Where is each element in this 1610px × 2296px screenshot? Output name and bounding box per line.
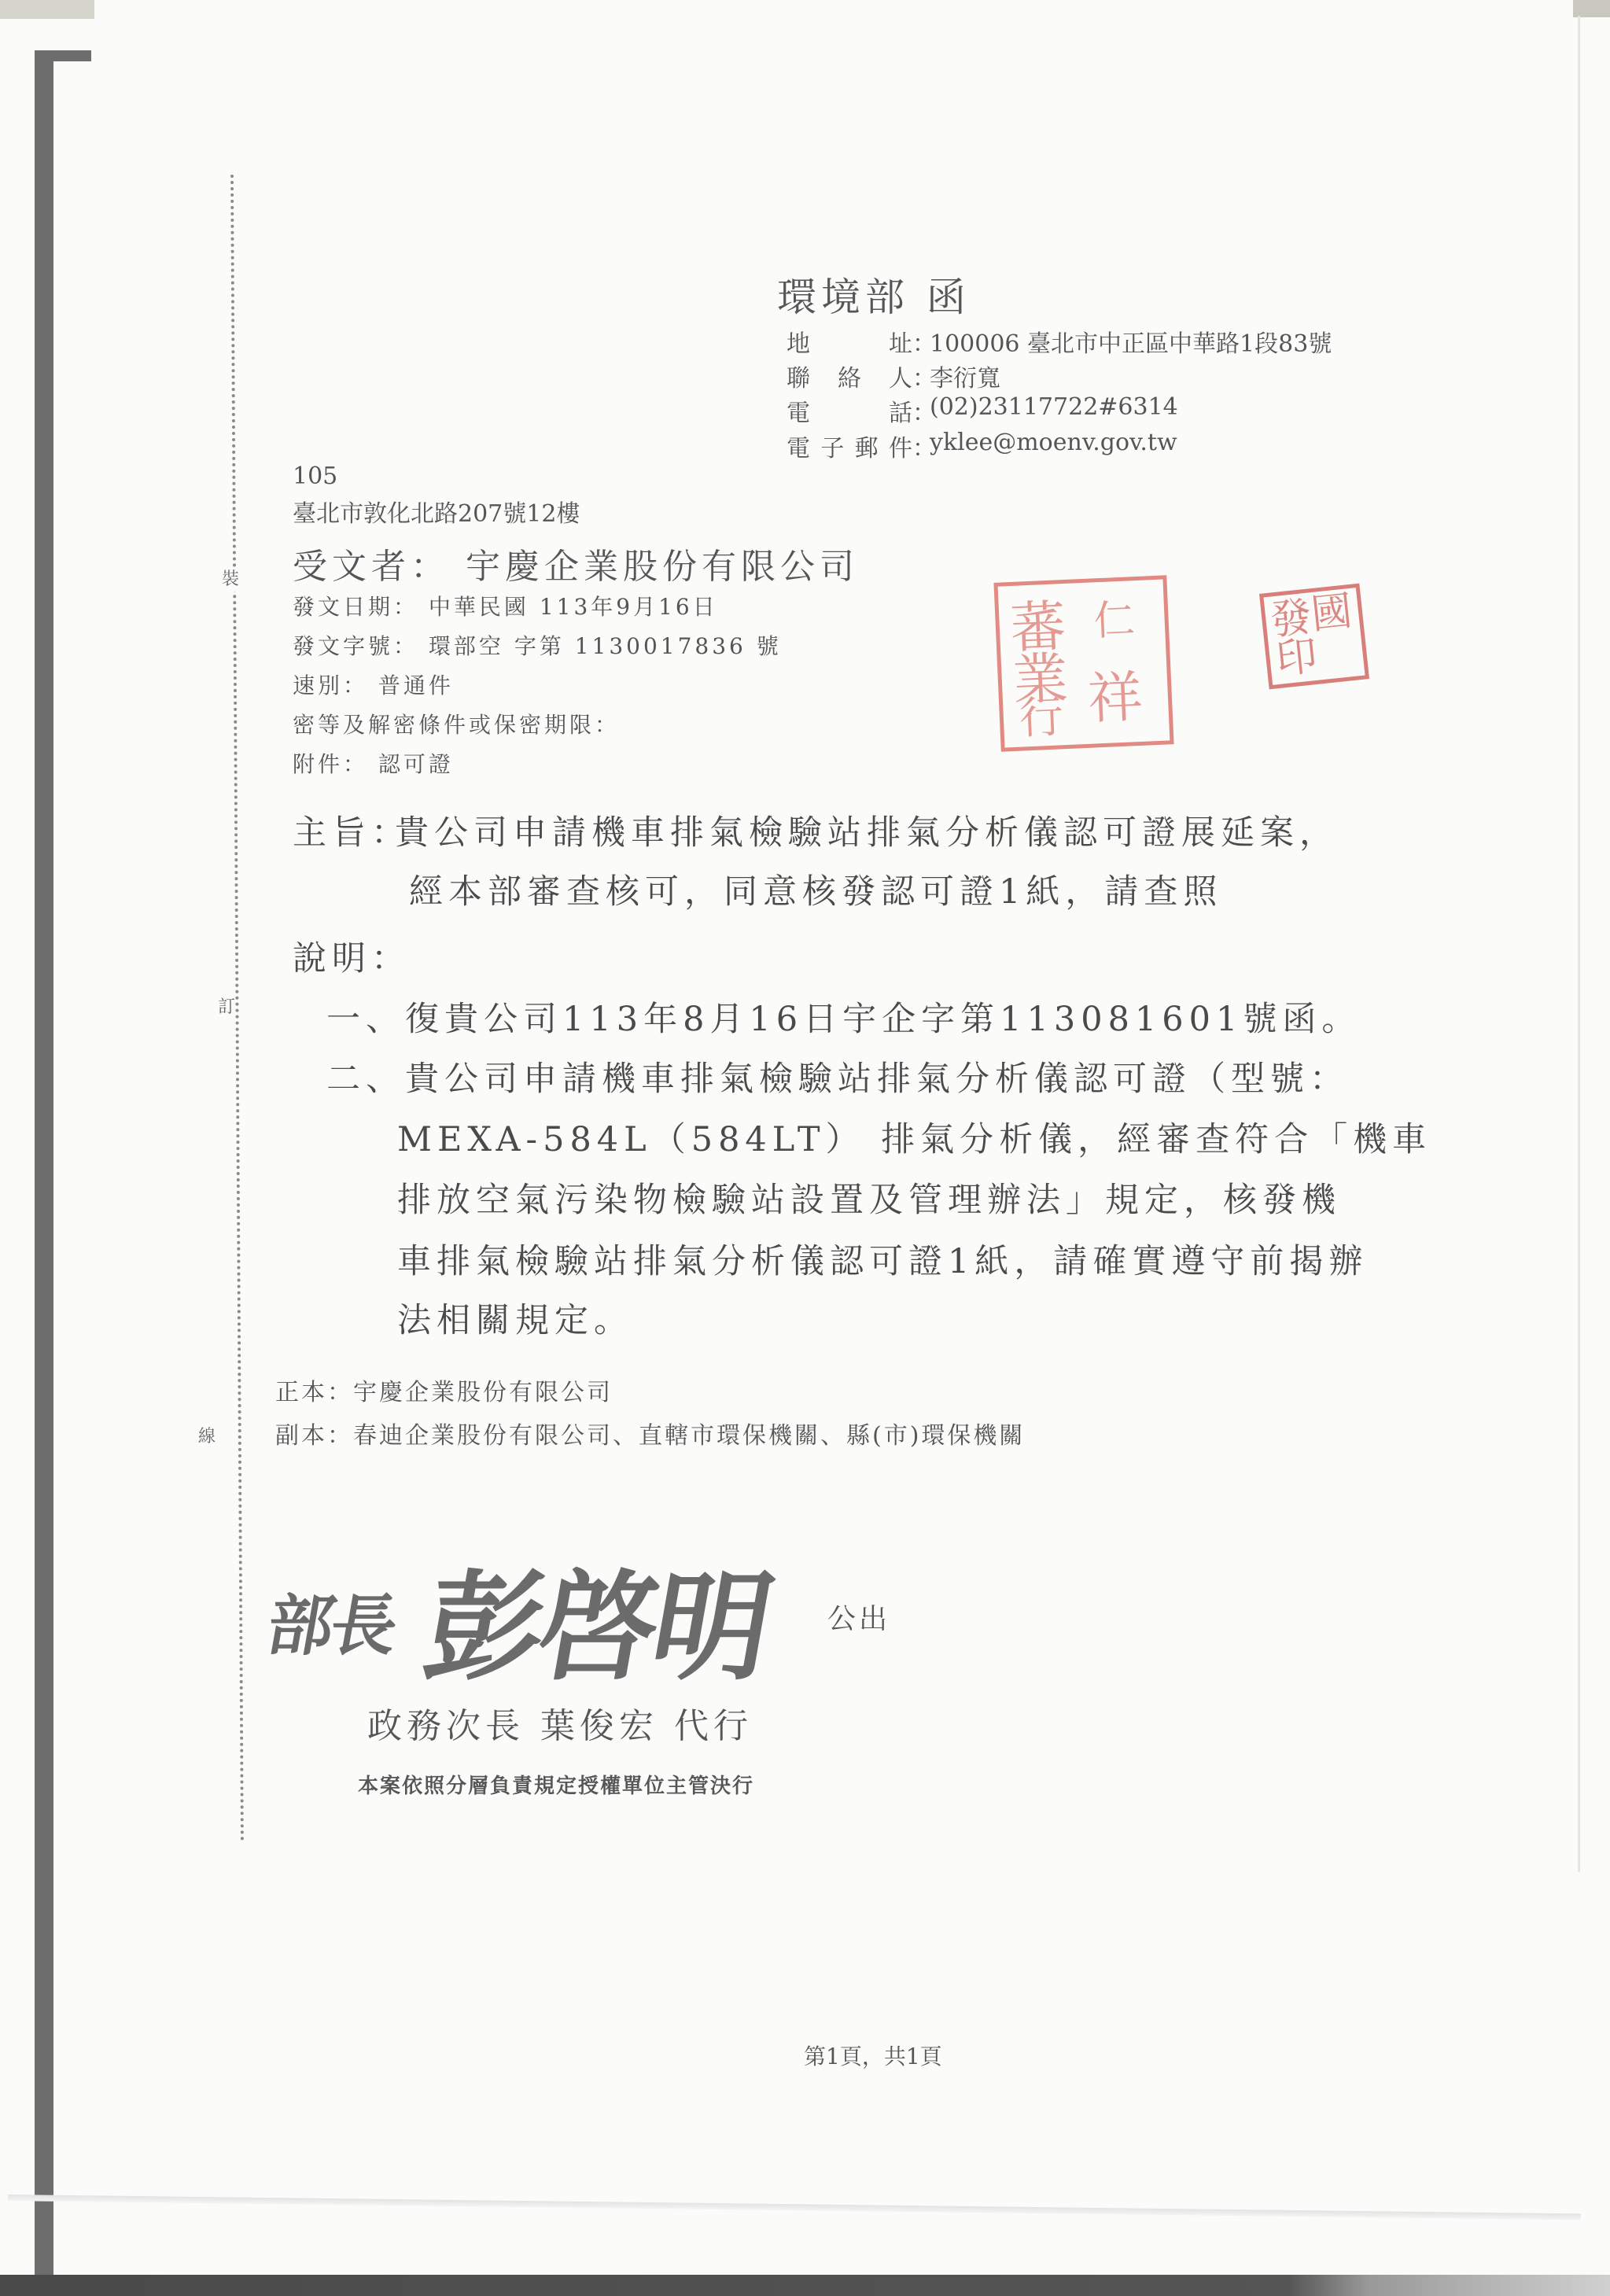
official-seal-small: 國 發 印 [1259, 584, 1369, 690]
contact-email-row: 電子郵件 ： yklee@moenv.gov.tw [787, 429, 1177, 463]
deputy-signatory: 政務次長 葉俊宏 代行 [367, 1697, 753, 1748]
contact-person-value: 李衍寬 [930, 359, 1000, 393]
signature-name: 彭啓明 [414, 1532, 783, 1702]
explanation-item-2-line-4: 車排氣檢驗站排氣分析儀認可證1紙，請確實遵守前揭辦 [397, 1235, 1368, 1283]
explanation-item-1: 一、復貴公司113年8月16日宇企字第113081601號函。 [326, 993, 1361, 1041]
subject-line-2: 經本部審查核可，同意核發認可證1紙，請查照 [409, 865, 1222, 913]
signature-status: 公出 [827, 1597, 890, 1637]
recipient-zip: 105 [293, 463, 337, 490]
explanation-label: 說明： [293, 932, 411, 980]
explanation-item-2-line-1: 二、貴公司申請機車排氣檢驗站排氣分析儀認可證（型號： [326, 1052, 1349, 1100]
explanation-item-2-line-2: MEXA-584L（584LT） 排氣分析儀，經審查符合「機車 [397, 1113, 1431, 1161]
recipient-address: 臺北市敦化北路207號12樓 [293, 494, 580, 529]
contact-phone-row: 電話 ： (02)23117722#6314 [787, 393, 1178, 428]
meta-confidentiality: 密等及解密條件或保密期限： [293, 708, 620, 739]
paper-fold-shadow [8, 2195, 1581, 2220]
contact-phone-label: 電話 [787, 393, 912, 428]
scan-edge-bottom [0, 2275, 1610, 2296]
meta-attachment: 附件： 認可證 [293, 747, 454, 779]
contact-email-value: yklee@moenv.gov.tw [930, 429, 1177, 463]
meta-document-number: 發文字號： 環部空 字第 1130017836 號 [293, 629, 782, 661]
contact-person-row: 聯絡人 ： 李衍寬 [787, 359, 1000, 393]
meta-issue-date: 發文日期： 中華民國 113年9月16日 [293, 590, 718, 621]
subject-label: 主旨： [293, 806, 411, 854]
signature-title: 部長 [260, 1573, 403, 1668]
page-edge-right [1578, 16, 1580, 1872]
binding-mark-bind: 裝 [222, 568, 239, 592]
contact-phone-value: (02)23117722#6314 [930, 393, 1178, 428]
distribution-original: 正本：宇慶企業股份有限公司 [275, 1373, 613, 1407]
delegation-note: 本案依照分層負責規定授權單位主管決行 [358, 1770, 754, 1799]
subject-line-1: 貴公司申請機車排氣檢驗站排氣分析儀認可證展延案， [395, 806, 1339, 854]
contact-address-row: 地址 ： 100006 臺北市中正區中華路1段83號 [787, 324, 1332, 359]
distribution-copies: 副本：春迪企業股份有限公司、直轄市環保機關、縣(市)環保機關 [275, 1416, 1025, 1450]
scan-edge-top-right [1573, 0, 1610, 17]
contact-person-label: 聯絡人 [787, 359, 912, 393]
contact-address-label: 地址 [787, 324, 912, 359]
contact-email-label: 電子郵件 [787, 429, 912, 463]
explanation-item-2-line-3: 排放空氣污染物檢驗站設置及管理辦法」規定，核發機 [397, 1174, 1341, 1222]
explanation-item-2-line-5: 法相關規定。 [397, 1294, 633, 1342]
binding-mark-staple: 訂 [218, 996, 235, 1019]
scan-edge-top-left [0, 0, 94, 19]
document-title: 環境部 函 [777, 266, 971, 322]
official-seal-large: 蕃 業 行 仁 祥 [993, 575, 1173, 751]
binding-mark-line: 線 [198, 1425, 216, 1449]
contact-address-value: 100006 臺北市中正區中華路1段83號 [930, 324, 1332, 359]
binder-clip-edge [35, 52, 53, 2296]
meta-urgency: 速別： 普通件 [293, 669, 454, 700]
recipient: 受文者： 宇慶企業股份有限公司 [293, 538, 859, 588]
page-indicator: 第1頁，共1頁 [804, 2040, 942, 2071]
